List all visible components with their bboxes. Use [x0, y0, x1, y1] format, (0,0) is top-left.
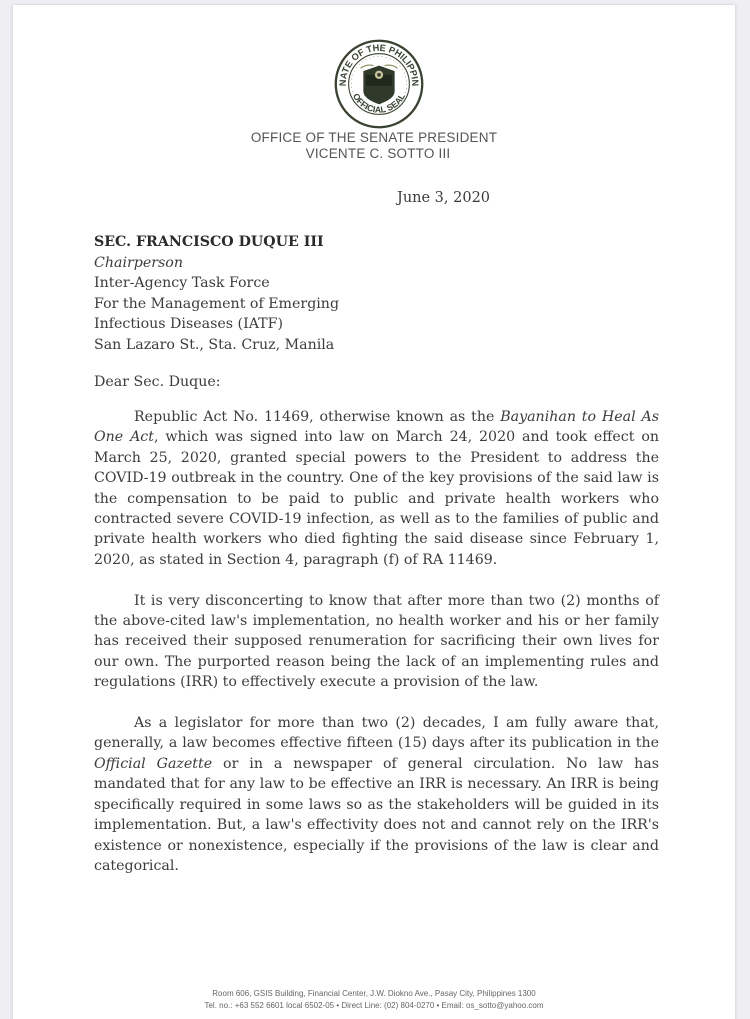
- paragraph-2: It is very disconcerting to know that af…: [94, 591, 659, 693]
- senate-president-name: VICENTE C. SOTTO III: [13, 146, 735, 162]
- recipient-title: Chairperson: [94, 253, 339, 274]
- senate-seal-icon: SENATE OF THE PHILIPPINES OFFICIAL SEAL: [333, 38, 425, 130]
- letter-date: June 3, 2020: [397, 190, 490, 206]
- office-title: OFFICE OF THE SENATE PRESIDENT: [13, 130, 735, 146]
- publication-name: Official Gazette: [94, 756, 212, 772]
- recipient-address-line: San Lazaro St., Sta. Cruz, Manila: [94, 335, 339, 356]
- letter-page: SENATE OF THE PHILIPPINES OFFICIAL SEAL …: [13, 5, 735, 1019]
- recipient-address-line: Inter-Agency Task Force: [94, 273, 339, 294]
- paragraph-1: Republic Act No. 11469, otherwise known …: [94, 407, 659, 570]
- recipient-address-line: Infectious Diseases (IATF): [94, 314, 339, 335]
- letter-footer: Room 606, GSIS Building, Financial Cente…: [13, 988, 735, 1012]
- salutation: Dear Sec. Duque:: [94, 374, 221, 390]
- recipient-address-line: For the Management of Emerging: [94, 294, 339, 315]
- recipient-name: SEC. FRANCISCO DUQUE III: [94, 232, 339, 253]
- letterhead: OFFICE OF THE SENATE PRESIDENT VICENTE C…: [13, 130, 735, 162]
- footer-contact: Tel. no.: +63 552 6601 local 6502-05 • D…: [13, 1000, 735, 1012]
- paragraph-text: As a legislator for more than two (2) de…: [94, 715, 659, 751]
- letter-body: Republic Act No. 11469, otherwise known …: [94, 407, 659, 897]
- recipient-block: SEC. FRANCISCO DUQUE III Chairperson Int…: [94, 232, 339, 355]
- paragraph-text: Republic Act No. 11469, otherwise known …: [134, 409, 500, 425]
- footer-address: Room 606, GSIS Building, Financial Cente…: [13, 988, 735, 1000]
- paragraph-text: or in a newspaper of general circulation…: [94, 756, 659, 874]
- paragraph-text: , which was signed into law on March 24,…: [94, 429, 659, 567]
- paragraph-3: As a legislator for more than two (2) de…: [94, 713, 659, 876]
